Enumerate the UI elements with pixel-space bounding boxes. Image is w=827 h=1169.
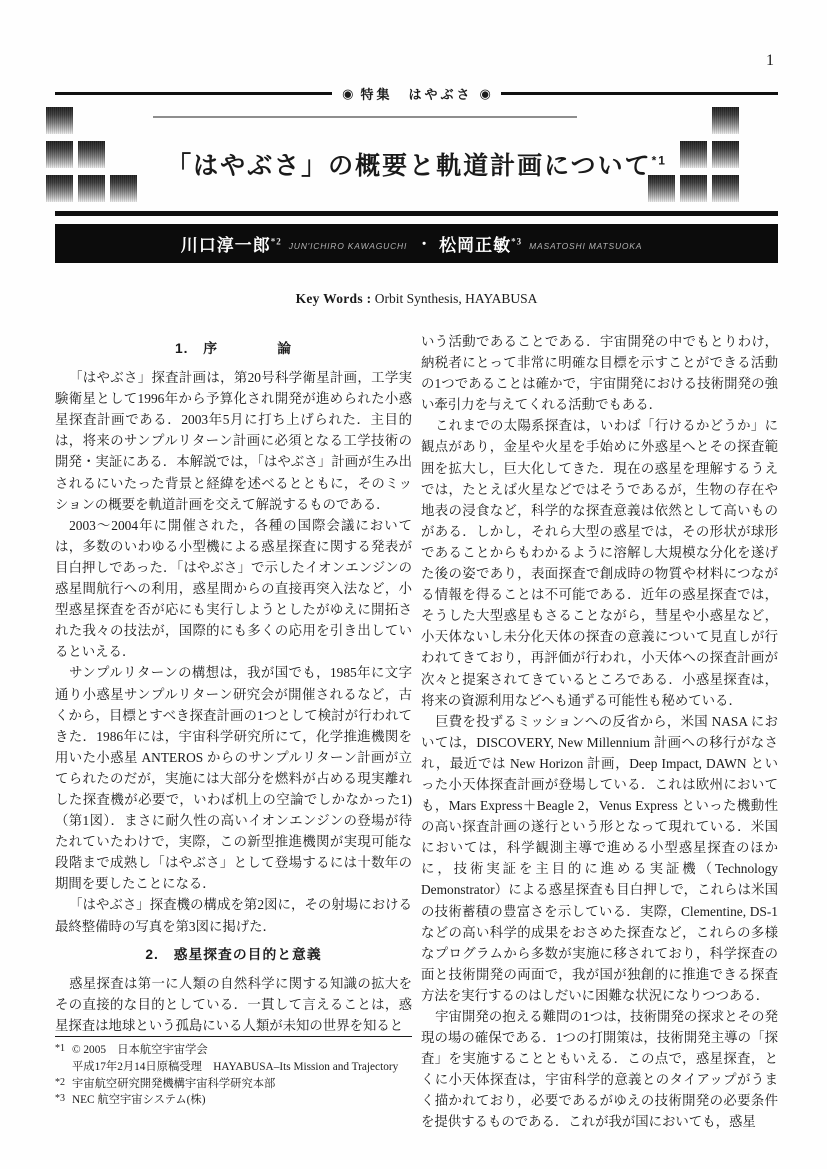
fisheye-icon: ◉ [342,86,353,102]
author-name-2-text: 松岡正敏 [439,236,511,255]
paragraph-continuation: いう活動であることである．宇宙開発の中でもとりわけ，納税者にとって非常に明確な目… [421,331,778,415]
author-1-footnote-ref: *2 [271,236,282,246]
paragraph: サンプルリターンの構想は，我が国でも，1985年に文字通り小惑星サンプルリターン… [55,662,412,894]
footnote-text: © 2005 日本航空宇宙学会 [72,1042,412,1059]
author-separator: ・ [417,234,431,254]
paragraph: 巨費を投ずるミッションへの反省から，米国 NASA においては，DISCOVER… [421,711,778,1006]
footnote-item: *2 宇宙航空研究開発機構宇宙科学研究本部 [55,1076,412,1093]
footnote-marker: *2 [55,1075,72,1092]
author-band: 川口淳一郎*2 JUN'ICHIRO KAWAGUCHI ・ 松岡正敏*3 MA… [55,224,778,263]
footnote-text: NEC 航空宇宙システム(株) [72,1092,412,1109]
article-title: 「はやぶさ」の概要と軌道計画について*1 [55,146,778,182]
feature-label: ◉ 特集 はやぶさ ◉ [332,84,501,103]
fisheye-icon: ◉ [480,86,491,102]
footnote-marker [55,1058,72,1075]
feature-rule-left [55,92,332,95]
section-heading-2: 2. 惑星探査の目的と意義 [55,944,412,965]
feature-banner: ◉ 特集 はやぶさ ◉ [55,84,778,103]
decor-block [46,107,73,134]
footnote-text: 平成17年2月14日原稿受理 HAYABUSA–Its Mission and … [72,1059,412,1076]
journal-page: 1 ◉ 特集 はやぶさ ◉ 「はやぶさ」の [0,0,827,1169]
keywords-text: Orbit Synthesis, HAYABUSA [371,291,537,306]
author-roman-1: JUN'ICHIRO KAWAGUCHI [289,241,407,251]
author-name-1-text: 川口淳一郎 [181,236,271,255]
author-name-2: 松岡正敏*3 [439,231,522,256]
footnote-text: 宇宙航空研究開発機構宇宙科学研究本部 [72,1076,412,1093]
footnote-item: 平成17年2月14日原稿受理 HAYABUSA–Its Mission and … [55,1059,412,1076]
column-right: いう活動であることである．宇宙開発の中でもとりわけ，納税者にとって非常に明確な目… [421,331,778,1079]
paragraph: 宇宙開発の抱える難問の1つは，技術開発の探求とその発現の場の確保である．1つの打… [421,1006,778,1133]
author-roman-2: MASATOSHI MATSUOKA [529,241,642,251]
paragraph: 惑星探査は第一に人類の自然科学に関する知識の拡大をその直接的な目的としている．一… [55,973,412,1036]
footnotes: *1 © 2005 日本航空宇宙学会 平成17年2月14日原稿受理 HAYABU… [55,1036,412,1109]
article-title-text: 「はやぶさ」の概要と軌道計画について [166,152,652,180]
keywords-line: Key Words : Orbit Synthesis, HAYABUSA [55,291,778,307]
paragraph: これまでの太陽系探査は，いわば「行けるかどうか」に観点があり，金星や火星を手始め… [421,415,778,710]
article-body: 1. 序 論 「はやぶさ」探査計画は，第20号科学衛星計画，工学実験衛星として1… [55,331,778,1079]
decor-block [712,107,739,134]
footnote-marker: *1 [55,1041,72,1058]
divider-thick [55,211,778,216]
author-name-1: 川口淳一郎*2 [181,231,282,256]
page-number: 1 [766,52,775,70]
author-2-footnote-ref: *3 [511,236,522,246]
title-footnote-ref: *1 [652,154,667,168]
paragraph: 「はやぶさ」探査計画は，第20号科学衛星計画，工学実験衛星として1996年から予… [55,367,412,515]
paragraph: 「はやぶさ」探査機の構成を第2図に，その射場における最終整備時の写真を第3図に掲… [55,894,412,936]
column-left: 1. 序 論 「はやぶさ」探査計画は，第20号科学衛星計画，工学実験衛星として1… [55,331,412,1079]
section-heading-1: 1. 序 論 [55,338,412,359]
paragraph: 2003〜2004年に開催された，各種の国際会議においては，多数のいわゆる小型機… [55,515,412,663]
footnote-item: *1 © 2005 日本航空宇宙学会 [55,1042,412,1059]
divider-gray [153,116,577,118]
footnote-item: *3 NEC 航空宇宙システム(株) [55,1092,412,1109]
feature-title: 特集 はやぶさ [361,84,473,103]
footnote-marker: *3 [55,1091,72,1108]
feature-rule-right [501,92,778,95]
keywords-label: Key Words : [296,291,372,306]
